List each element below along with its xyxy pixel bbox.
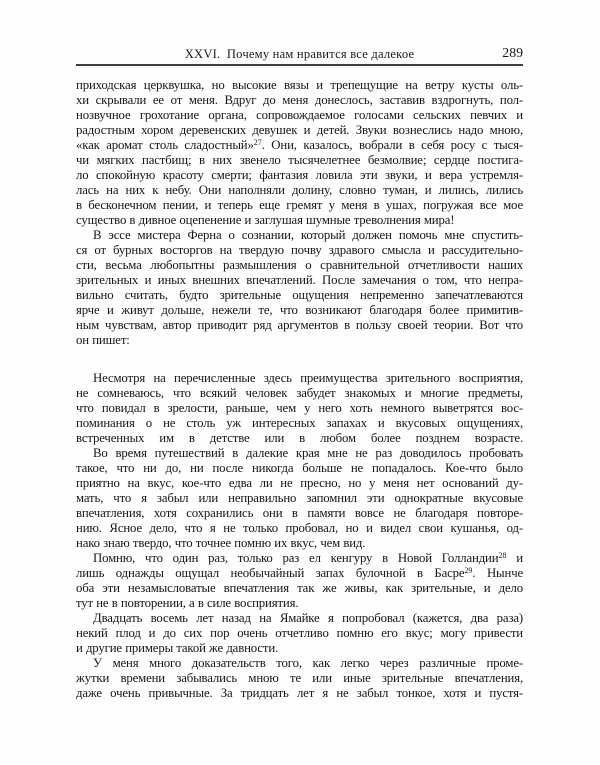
text-line: «как аромат столь сладостный»27. Они, ка… [76, 138, 523, 153]
text-line: сти, весьма любопытны размышления о срав… [76, 258, 523, 273]
text-line: ным чувствам, автор приводит ряд аргумен… [76, 318, 523, 333]
text-line: и другие примеры такой же давности. [76, 641, 523, 656]
text-line: лишь однажды ощущал необычайный запах бу… [76, 566, 523, 581]
text-line: встреченных им в детстве или в любом бол… [76, 431, 523, 446]
text-line: лась на них к небу. Они наполняли долину… [76, 183, 523, 198]
quote-paragraph: У меня много доказательств того, как лег… [76, 656, 523, 701]
text-line: даже очень привычные. За тридцать лет я … [76, 686, 523, 701]
running-header: XXVI. Почему нам нравится все далекое 28… [76, 46, 523, 62]
header-rule [76, 64, 523, 66]
paragraph: приходская церквушка, но высокие вязы и … [76, 78, 523, 228]
superscript-footnote-ref: 27 [254, 138, 262, 147]
page-number: 289 [502, 45, 523, 61]
quote-paragraph: Помню, что один раз, только раз ел кенгу… [76, 551, 523, 611]
text-line: оба эти незамысловатые впечатления так ж… [76, 581, 523, 596]
text-line: такое, что ни до, ни после никогда больш… [76, 461, 523, 476]
text-line: ся от бурных восторгов на твердую почву … [76, 243, 523, 258]
text-line: радостным хором деревенских девушек и де… [76, 123, 523, 138]
text-line: Двадцать восемь лет назад на Ямайке я по… [76, 611, 523, 626]
book-page-scan: XXVI. Почему нам нравится все далекое 28… [0, 0, 600, 765]
text-line: ярче и живут дольше, нежели те, что возн… [76, 303, 523, 318]
text-line: В эссе мистера Ферна о сознании, который… [76, 228, 523, 243]
text-line: Несмотря на перечисленные здесь преимуще… [76, 371, 523, 386]
text-line: нако знаю твердо, что точнее помню их вк… [76, 536, 523, 551]
chapter-title: XXVI. Почему нам нравится все далекое [76, 46, 523, 62]
paragraph: В эссе мистера Ферна о сознании, который… [76, 228, 523, 348]
text-line: жутки времени забывались мною те или ины… [76, 671, 523, 686]
text-line: Во время путешествий в далекие края мне … [76, 446, 523, 461]
text-line: приятно на вкус, кое-что едва ли не прес… [76, 476, 523, 491]
quote-paragraph: Двадцать восемь лет назад на Ямайке я по… [76, 611, 523, 656]
text-line: некий плод и до сих пор очень отчетливо … [76, 626, 523, 641]
quote-paragraph: Во время путешествий в далекие края мне … [76, 446, 523, 551]
text-line: нозвучное грохотание органа, сопровождае… [76, 108, 523, 123]
superscript-footnote-ref: 29 [464, 566, 472, 575]
text-line: что повидал в зрелости, раньше, чем у не… [76, 401, 523, 416]
text-line: в бесконечном пении, и теперь еще гремят… [76, 198, 523, 213]
text-line: существо в дивное оцепенение и заглушая … [76, 213, 523, 228]
text-line: не сомневаюсь, что всякий человек забуде… [76, 386, 523, 401]
superscript-footnote-ref: 28 [498, 551, 506, 560]
text-line: мать, что я забыл или неправильно запомн… [76, 491, 523, 506]
text-line: чи мягких пастбищ; в них звенело тысячел… [76, 153, 523, 168]
text-line: вильно считать, будто зрительные ощущени… [76, 288, 523, 303]
text-line: поминания о не столь уж интересных запах… [76, 416, 523, 431]
text-line: тут не в повторении, а в силе восприятия… [76, 596, 523, 611]
text-line: хи скрывали ее от меня. Вдруг до меня до… [76, 93, 523, 108]
text-line: приходская церквушка, но высокие вязы и … [76, 78, 523, 93]
text-line: Помню, что один раз, только раз ел кенгу… [76, 551, 523, 566]
quote-paragraph: Несмотря на перечисленные здесь преимуще… [76, 371, 523, 446]
text-line: нию. Ясное дело, что я не только пробова… [76, 521, 523, 536]
text-line: У меня много доказательств того, как лег… [76, 656, 523, 671]
text-line: он пишет: [76, 333, 523, 348]
page-body: приходская церквушка, но высокие вязы и … [76, 78, 523, 701]
text-line: ло спокойную красоту смерти; фантазия ло… [76, 168, 523, 183]
text-line: зрительных и иных внешних впечатлений. П… [76, 273, 523, 288]
text-line: впечатления, хотя сохранились они в памя… [76, 506, 523, 521]
